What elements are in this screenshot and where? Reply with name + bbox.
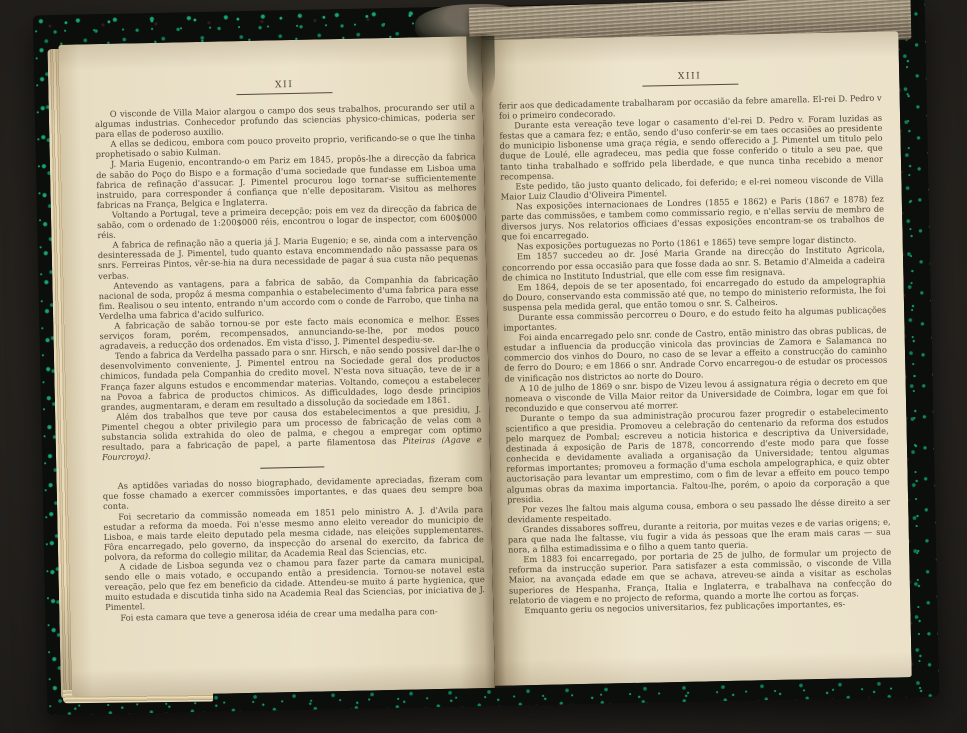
paragraph: Foi secretario da commissão nomeada em 1… bbox=[103, 504, 484, 562]
header-rule-left bbox=[236, 92, 332, 95]
header-rule-right bbox=[642, 84, 738, 87]
page-left-text: O visconde de Villa Maior alargou o camp… bbox=[95, 101, 486, 622]
page-right-content: XIII ferir aos que dedicadamente trabalh… bbox=[498, 68, 894, 678]
paragraph: J. Maria Eugenio, encontrando-o em Pariz… bbox=[96, 152, 477, 210]
paragraph: Em 1883 foi encarregado, por portaria de… bbox=[508, 547, 892, 605]
page-number-right: XIII bbox=[498, 68, 881, 86]
page-left: XII O visconde de Villa Maior alargou o … bbox=[58, 36, 495, 697]
paragraph: Durante esta vereação teve logar o casam… bbox=[499, 113, 883, 182]
page-left-content: XII O visconde de Villa Maior alargou o … bbox=[94, 76, 487, 688]
photo-background: XII O visconde de Villa Maior alargou o … bbox=[0, 0, 967, 733]
paragraph: Durante o tempo da sua administração pro… bbox=[505, 405, 890, 504]
page-right-text: ferir aos que dedicadamente trabalharam … bbox=[499, 93, 893, 616]
page-number-left: XII bbox=[94, 76, 474, 94]
page-right: XIII ferir aos que dedicadamente trabalh… bbox=[481, 31, 911, 686]
paragraph: A cidade de Lisboa segunda vez o chamou … bbox=[104, 554, 485, 612]
paragraph: Além dos trabalhos que teve por causa do… bbox=[101, 404, 482, 462]
open-book: XII O visconde de Villa Maior alargou o … bbox=[33, 0, 939, 715]
paragraph: Tendo a fabrica da Verdelha passado para… bbox=[100, 343, 481, 412]
paragraph: Foi ainda encarregado pelo snr. conde de… bbox=[504, 325, 888, 383]
section-divider-rule bbox=[260, 467, 324, 469]
